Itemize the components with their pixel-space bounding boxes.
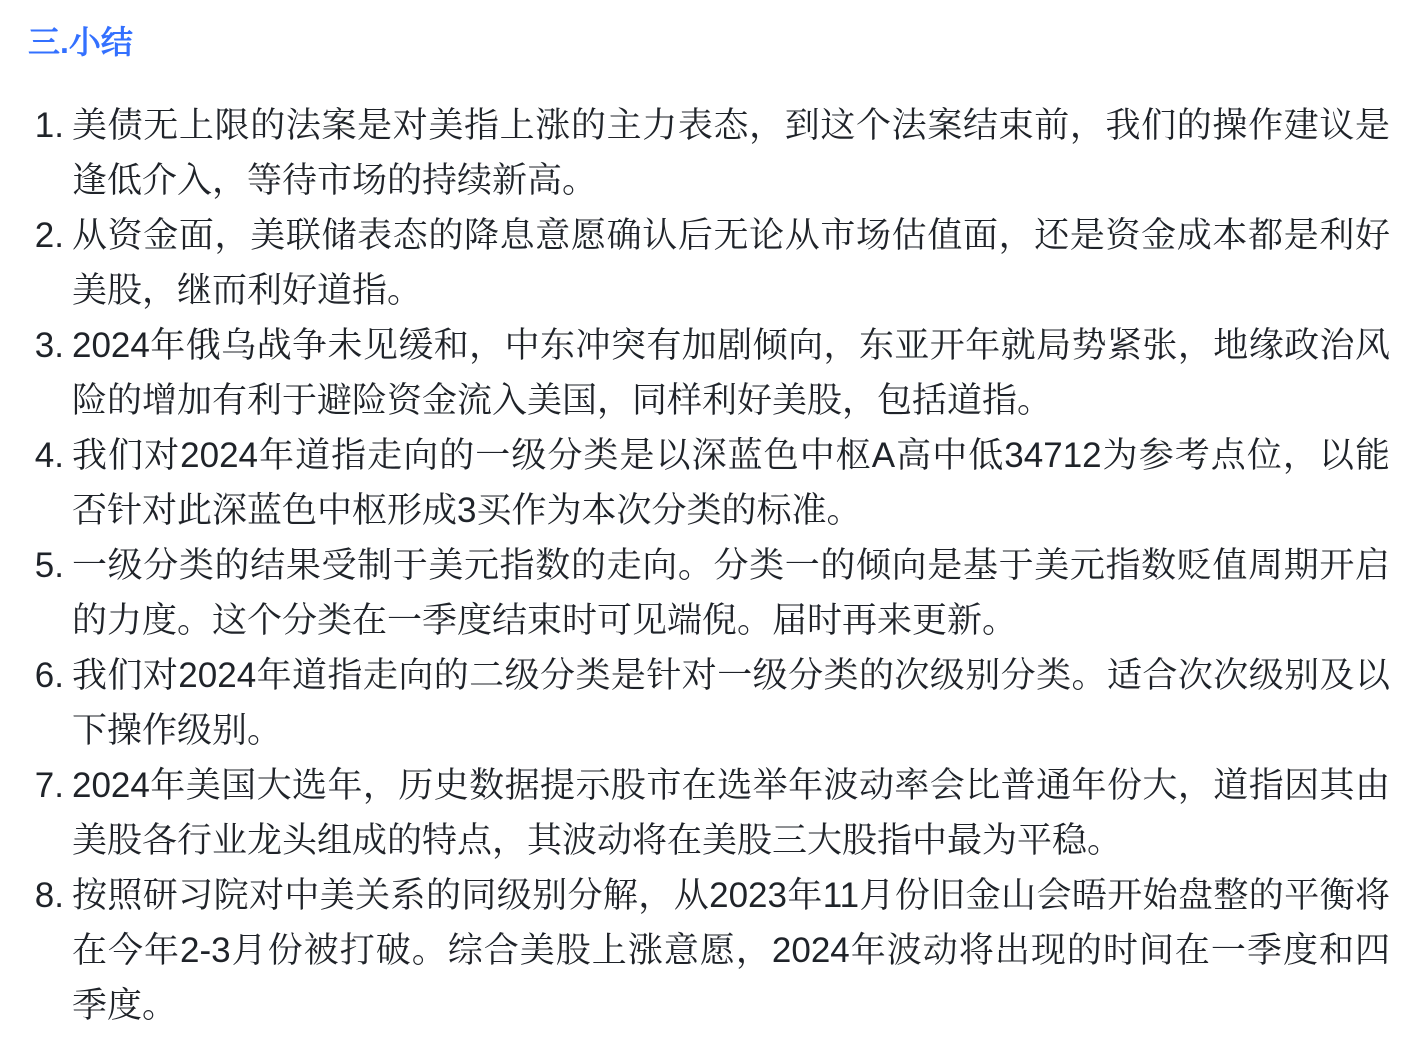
list-item-text: 美债无上限的法案是对美指上涨的主力表态，到这个法案结束前，我们的操作建议是逢低介… — [72, 106, 1390, 200]
list-item-number: 2. — [28, 208, 64, 263]
list-item-text: 从资金面，美联储表态的降息意愿确认后无论从市场估值面，还是资金成本都是利好美股，… — [72, 216, 1390, 310]
list-item: 5. 一级分类的结果受制于美元指数的走向。分类一的倾向是基于美元指数贬值周期开启… — [28, 538, 1390, 648]
list-item-text: 我们对2024年道指走向的二级分类是针对一级分类的次级别分类。适合次次级别及以下… — [72, 656, 1390, 750]
list-item-number: 6. — [28, 648, 64, 703]
document-page: 三.小结 1. 美债无上限的法案是对美指上涨的主力表态，到这个法案结束前，我们的… — [0, 0, 1420, 1050]
list-item-text: 2024年俄乌战争未见缓和，中东冲突有加剧倾向，东亚开年就局势紧张，地缘政治风险… — [72, 326, 1390, 420]
list-item: 6. 我们对2024年道指走向的二级分类是针对一级分类的次级别分类。适合次次级别… — [28, 648, 1390, 758]
list-item-number: 1. — [28, 98, 64, 153]
list-item-number: 7. — [28, 758, 64, 813]
list-item: 4. 我们对2024年道指走向的一级分类是以深蓝色中枢A高中低34712为参考点… — [28, 428, 1390, 538]
list-item: 3. 2024年俄乌战争未见缓和，中东冲突有加剧倾向，东亚开年就局势紧张，地缘政… — [28, 318, 1390, 428]
list-item: 8. 按照研习院对中美关系的同级别分解，从2023年11月份旧金山会晤开始盘整的… — [28, 868, 1390, 1033]
list-item-number: 4. — [28, 428, 64, 483]
list-item-number: 5. — [28, 538, 64, 593]
list-item-number: 3. — [28, 318, 64, 373]
list-item: 7. 2024年美国大选年，历史数据提示股市在选举年波动率会比普通年份大，道指因… — [28, 758, 1390, 868]
list-item: 1. 美债无上限的法案是对美指上涨的主力表态，到这个法案结束前，我们的操作建议是… — [28, 98, 1390, 208]
list-item-text: 按照研习院对中美关系的同级别分解，从2023年11月份旧金山会晤开始盘整的平衡将… — [72, 876, 1390, 1025]
summary-list: 1. 美债无上限的法案是对美指上涨的主力表态，到这个法案结束前，我们的操作建议是… — [28, 98, 1390, 1033]
list-item-text: 我们对2024年道指走向的一级分类是以深蓝色中枢A高中低34712为参考点位，以… — [72, 436, 1390, 530]
list-item-text: 一级分类的结果受制于美元指数的走向。分类一的倾向是基于美元指数贬值周期开启的力度… — [72, 546, 1390, 640]
section-title: 三.小结 — [28, 20, 1390, 64]
list-item-number: 8. — [28, 868, 64, 923]
list-item: 2. 从资金面，美联储表态的降息意愿确认后无论从市场估值面，还是资金成本都是利好… — [28, 208, 1390, 318]
list-item-text: 2024年美国大选年，历史数据提示股市在选举年波动率会比普通年份大，道指因其由美… — [72, 766, 1390, 860]
